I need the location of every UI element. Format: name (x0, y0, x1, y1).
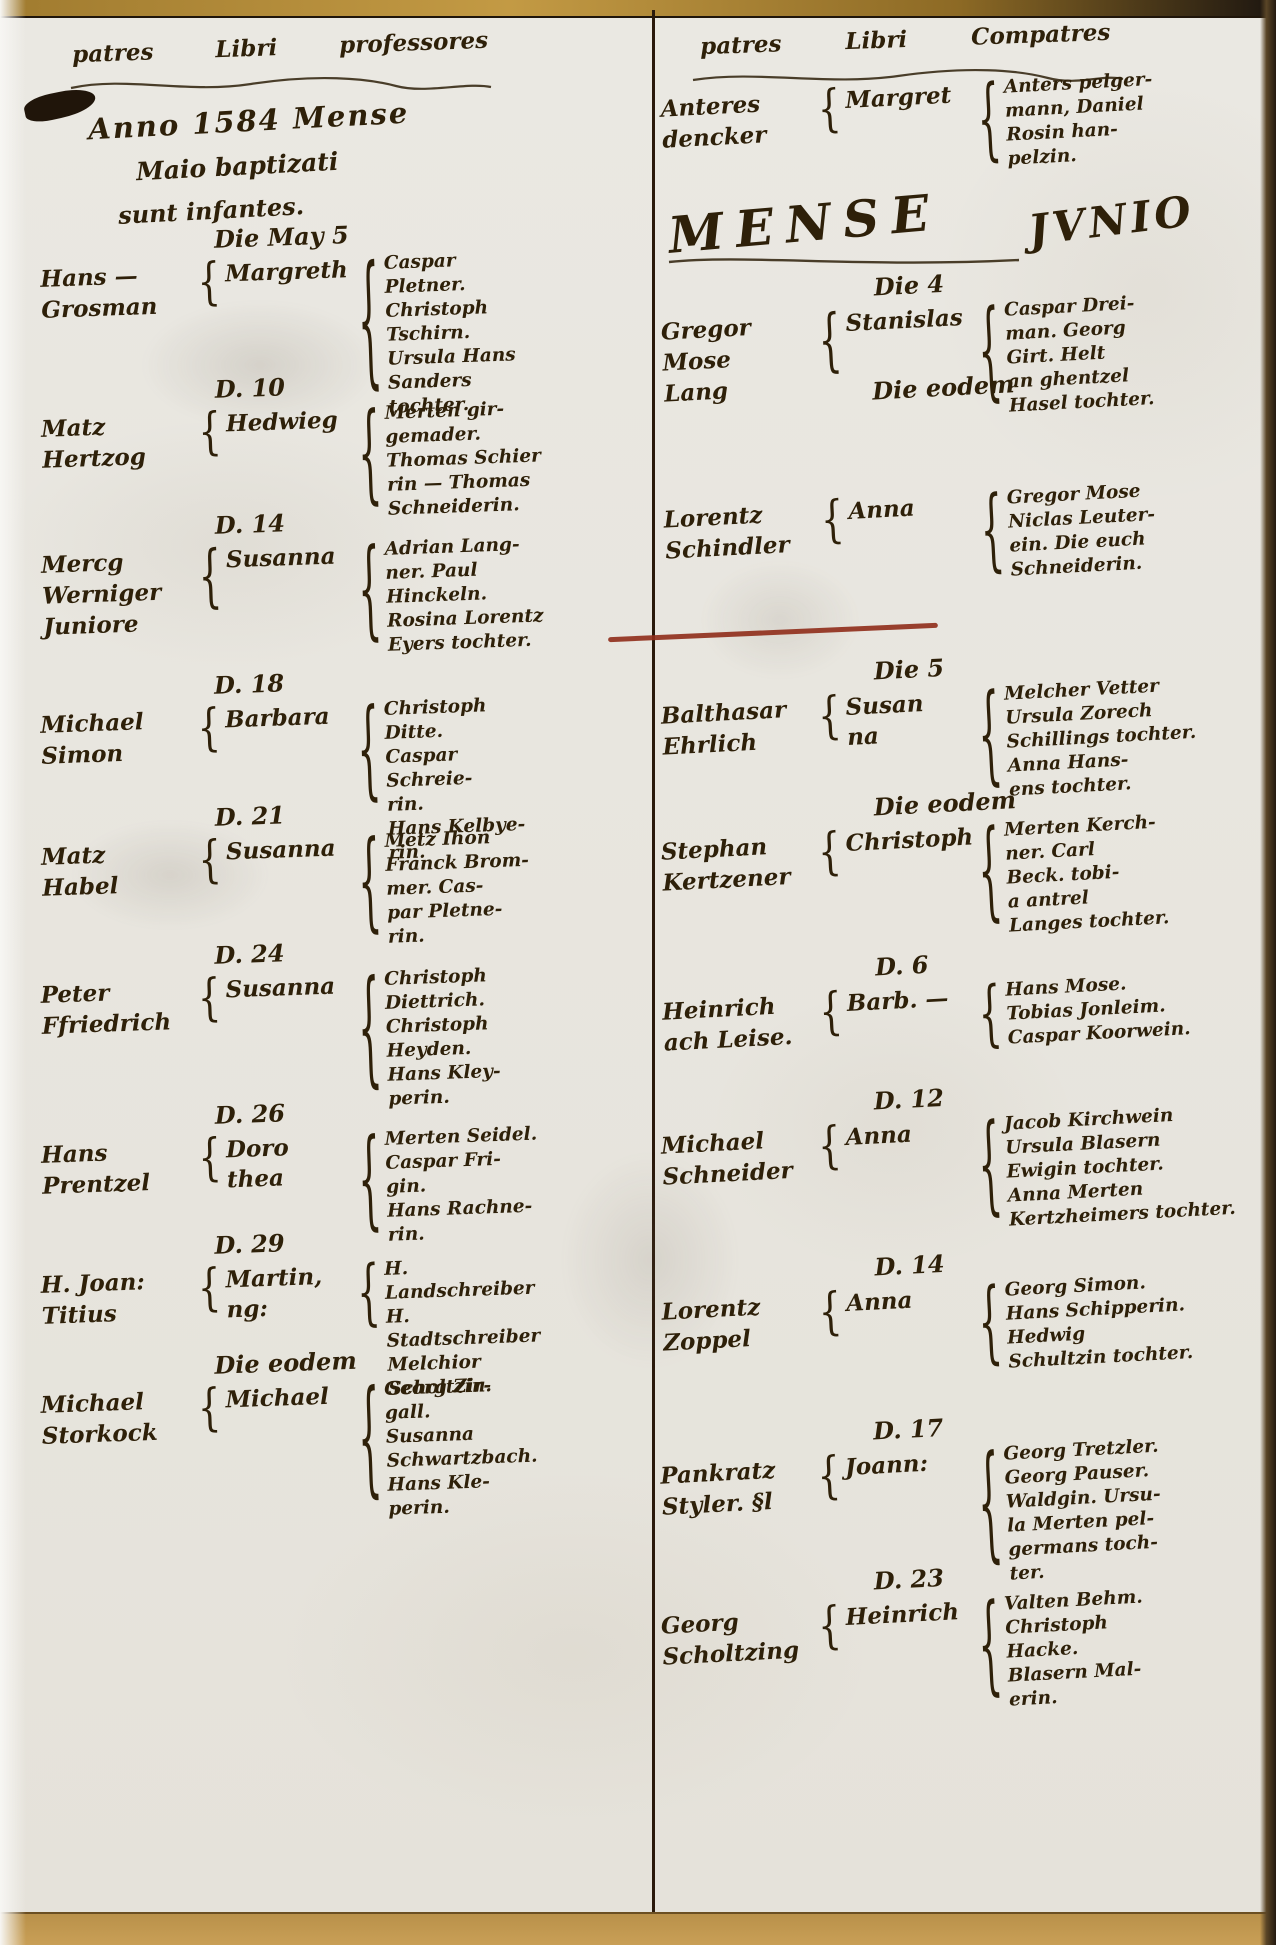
child-name: Hedwieg (225, 403, 352, 439)
brace-glyph: { (975, 76, 1003, 167)
baptism-entry: D. 23 Georg Scholtzing { Heinrich { Valt… (658, 1546, 1265, 1730)
child-name: Martin, ng: (225, 1259, 353, 1325)
entry-row: Lorentz Zoppel { Anna { Georg Simon. Han… (661, 1265, 1265, 1392)
brace-glyph: { (976, 1593, 1005, 1702)
register-intro-line: Anno 1584 Mense (87, 96, 410, 147)
child-name: Susanna (225, 831, 352, 867)
brace-glyph: { (816, 1451, 842, 1503)
child-name: Christoph (845, 820, 972, 858)
baptism-entry: D. 14 Lorentz Zoppel { Anna { Georg Simo… (659, 1232, 1265, 1392)
baptism-entry: D. 6 Heinrich ach Leise. { Barb. — { Han… (660, 932, 1265, 1068)
brace-glyph: { (356, 968, 383, 1095)
brace-glyph: { (817, 691, 843, 743)
page-edge-left (0, 0, 26, 1945)
brace-glyph: { (818, 987, 844, 1039)
brace-glyph: { (356, 538, 383, 647)
father-name: Anteres dencker (660, 86, 815, 156)
brace-glyph: { (817, 307, 843, 377)
book-edge-top (0, 0, 1276, 18)
child-name: Anna (845, 1114, 972, 1152)
godparents-names: Gregor Mose Niclas Leuter- ein. Die euch… (1006, 473, 1267, 582)
child-name: Susanna (225, 539, 352, 575)
father-name: Balthasar Ehrlich (660, 693, 815, 763)
brace-glyph: { (198, 836, 223, 887)
father-name: Stephan Kertzener (660, 829, 815, 899)
column-divider-rule (652, 10, 655, 1912)
entry-row: Michael Schneider { Anna { Jacob Kirchwe… (660, 1099, 1265, 1250)
baptism-entry: Die eodem Lorentz Schindler { Anna { Gre… (657, 356, 1267, 600)
brace-glyph: { (356, 830, 383, 939)
godparents-names: Adrian Lang- ner. Paul Hinckeln. Rosina … (384, 532, 549, 658)
father-name: Michael Schneider (660, 1123, 815, 1193)
godparents-names: Jacob Kirchwein Ursula Blasern Ewigin to… (1003, 1099, 1265, 1232)
brace-glyph: { (197, 974, 222, 1025)
header-word: patres (700, 30, 782, 60)
header-word: Libri (845, 26, 908, 55)
header-word: Compatres (971, 19, 1111, 51)
register-intro-line: Maio baptizati (135, 147, 339, 187)
father-name: Lorentz Zoppel (661, 1289, 816, 1359)
brace-glyph: { (977, 979, 1004, 1052)
brace-glyph: { (197, 1264, 222, 1315)
flourish-line (66, 74, 496, 98)
brace-glyph: { (356, 1378, 383, 1505)
baptism-entry: D. 12 Michael Schneider { Anna { Jacob K… (658, 1066, 1265, 1250)
brace-glyph: { (356, 402, 383, 511)
father-name: Pankratz Styler. §l (659, 1453, 814, 1523)
father-name: Hans Prentzel (41, 1135, 195, 1202)
brace-glyph: { (197, 1384, 222, 1435)
entry-row: Heinrich ach Leise. { Barb. — { Hans Mos… (661, 965, 1264, 1068)
father-name: Georg Scholtzing (660, 1603, 815, 1673)
entry-row: Stephan Kertzener { Christoph { Merten K… (660, 805, 1265, 956)
father-name: Matz Habel (41, 837, 195, 904)
brace-glyph: { (976, 683, 1005, 792)
brace-glyph: { (817, 827, 843, 879)
child-name: Michael (225, 1379, 352, 1415)
entry-row: Michael Storkock { Michael { Georg Zir- … (40, 1372, 550, 1534)
baptism-entry: Die eodem Stephan Kertzener { Christoph … (658, 772, 1265, 956)
brace-glyph: { (975, 1443, 1004, 1570)
brace-glyph: { (356, 1128, 383, 1237)
brace-glyph: { (818, 1287, 844, 1339)
father-name: Heinrich ach Leise. (661, 989, 816, 1059)
child-name: Margreth (225, 253, 352, 289)
child-name: Barbara (225, 699, 352, 735)
brace-glyph: { (817, 1601, 843, 1653)
godparents-names: Georg Simon. Hans Schipperin. Hedwig Sch… (1004, 1265, 1265, 1374)
header-word: Libri (215, 34, 278, 63)
header-word: professores (339, 27, 489, 59)
father-name: Mercg Werniger Juniore (41, 545, 196, 643)
brace-glyph: { (198, 408, 223, 459)
brace-glyph: { (817, 84, 843, 136)
brace-glyph: { (197, 704, 222, 755)
baptism-entry: Die eodem Michael Storkock { Michael { G… (39, 1339, 550, 1534)
child-name: Margret (845, 77, 972, 115)
child-name: Susan na (845, 684, 974, 752)
entry-row: Mercg Werniger Juniore { Susanna { Adria… (41, 532, 550, 670)
child-name: Anna (845, 1280, 972, 1318)
brace-glyph: { (978, 487, 1006, 578)
brace-glyph: { (198, 544, 223, 613)
brace-glyph: { (198, 1134, 223, 1185)
godparents-names: Merten Kerch- ner. Carl Beck. tobi- a an… (1003, 805, 1265, 938)
father-name: Lorentz Schindler (663, 497, 818, 567)
entry-row: Lorentz Schindler { Anna { Gregor Mose N… (663, 473, 1267, 600)
child-name: Susanna (225, 969, 352, 1005)
father-name: Michael Simon (40, 705, 194, 772)
brace-glyph: { (817, 1121, 843, 1173)
header-word: patres (72, 38, 154, 68)
father-name: Peter Ffriedrich (40, 975, 194, 1042)
father-name: Michael Storkock (40, 1385, 194, 1452)
brace-glyph: { (820, 495, 846, 547)
brace-glyph: { (356, 698, 383, 807)
left-column-header: patres Libri professores (72, 27, 489, 69)
father-name: Matz Hertzog (41, 409, 195, 476)
child-name: Stanislas (845, 300, 972, 338)
godparents-names: Georg Zir- gall. Susanna Schwartzbach. H… (384, 1372, 550, 1522)
child-name: Heinrich (845, 1594, 972, 1632)
manuscript-page: patres Libri professores patres Libri Co… (0, 0, 1276, 1945)
godparents-names: Valten Behm. Christoph Hacke. Blasern Ma… (1003, 1579, 1265, 1712)
brace-glyph: { (356, 1258, 381, 1331)
brace-glyph: { (976, 1279, 1004, 1370)
right-column-header: patres Libri Compatres (700, 19, 1111, 60)
brace-glyph: { (197, 258, 222, 309)
child-name: Joann: (844, 1445, 971, 1483)
child-name: Doro thea (225, 1129, 353, 1195)
child-name: Anna (848, 488, 975, 526)
month-header-junio: JVNIO (1026, 186, 1198, 255)
brace-glyph: { (976, 819, 1005, 928)
godparents-names: Anters pelger- mann, Daniel Rosin han- p… (1003, 62, 1264, 171)
child-name: Barb. — (846, 980, 973, 1018)
entry-row: Georg Scholtzing { Heinrich { Valten Beh… (660, 1579, 1265, 1730)
book-edge-bottom (0, 1912, 1276, 1945)
brace-glyph: { (976, 1113, 1005, 1222)
baptism-entry: D. 14 Mercg Werniger Juniore { Susanna {… (39, 499, 549, 670)
father-name: Hans — Grosman (40, 259, 194, 326)
godparents-names: Hans Mose. Tobias Jonleim. Caspar Koorwe… (1005, 965, 1265, 1050)
father-name: H. Joan: Titius (40, 1265, 194, 1332)
